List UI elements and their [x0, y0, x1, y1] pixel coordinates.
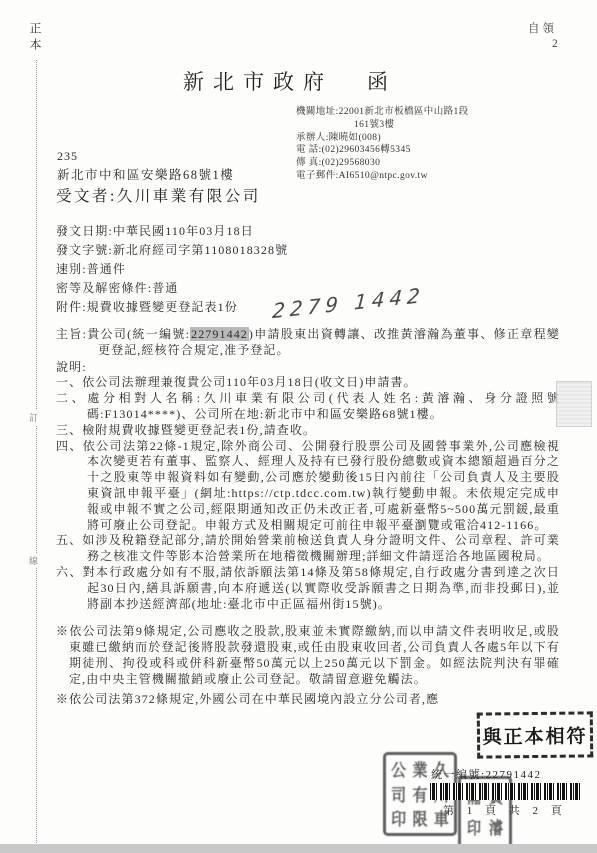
copy-type-label: 正本: [27, 22, 44, 54]
item-1-text: 依公司法辦理兼復貴公司110年03月18日(收文日)申請書。: [82, 375, 417, 389]
binding-dotted-line: [36, 60, 37, 853]
page-number-info: 第 1 頁 共 2 頁: [443, 802, 567, 818]
legal-note-1: ※依公司法第9條規定,公司應收之股款,股東並未實際繳納,而以申請文件表明收足,或…: [56, 624, 560, 687]
meta-priority: 速別:普通件: [56, 260, 560, 279]
agency-fax: 傳 真:(02)29568030: [296, 157, 469, 170]
document-type: 函: [367, 66, 388, 96]
explanation-label: 說明:: [56, 360, 560, 376]
recipient-zip: 235: [57, 149, 78, 164]
item-5-number: 五、: [56, 533, 82, 547]
subject-tax-id-highlighted: 22791442: [190, 327, 249, 341]
binding-mark-ding: 訂: [29, 410, 38, 425]
item-6-text: 對本行政處分如有不服,請依訴願法第14條及第58條規定,自行政處分書到達之次日起…: [83, 565, 560, 611]
explanation-item-1: 一、依公司法辦理兼復貴公司110年03月18日(收文日)申請書。: [56, 375, 560, 391]
legal-note-2: ※依公司法第372條規定,外國公司在中華民國境內設立分公司者,應: [56, 692, 560, 708]
item-1-number: 一、: [56, 375, 82, 389]
issuing-agency-name: 新北市政府: [183, 66, 333, 96]
item-3-text: 檢附規費收據暨變更登記表1份,請查收。: [82, 423, 316, 437]
item-2-text: 處分相對人名稱:久川車業有限公司(代表人姓名:黃濬瀚、身分證照號碼:F13014…: [87, 391, 560, 421]
barcode: [430, 783, 582, 800]
legal-notes: ※依公司法第9條規定,公司應收之股款,股東並未實際繳納,而以申請文件表明收足,或…: [56, 624, 560, 707]
item-4-number: 四、: [56, 439, 83, 453]
explanation-item-2: 二、處分相對人名稱:久川車業有限公司(代表人姓名:黃濬瀚、身分證照號碼:F130…: [56, 391, 560, 423]
recipient-line: 受文者:久川車業有限公司: [56, 184, 261, 206]
agency-phone: 電 話:(02)29603456轉5345: [296, 144, 469, 157]
explanation-item-4: 四、依公司法第22條-1規定,除外商公司、公開發行股票公司及國營事業外,公司應檢…: [56, 439, 560, 534]
explanation-item-6: 六、對本行政處分如有不服,請依訴願法第14條及第58條規定,自行政處分書到達之次…: [56, 565, 560, 612]
meta-doc-number: 發文字號:新北府經司字第1108018328號: [56, 241, 560, 260]
document-title: 新北市政府 函: [183, 66, 388, 96]
agency-address-line2: 161號3樓: [296, 119, 469, 132]
item-4-text: 依公司法第22條-1規定,除外商公司、公開發行股票公司及國營事業外,公司應檢視本…: [83, 439, 560, 532]
subject-paragraph: 主旨:貴公司(統一編號:22791442)申請股東出資轉讓、改推黃濬瀚為董事、修…: [56, 327, 560, 359]
meta-issue-date: 發文日期:中華民國110年03月18日: [56, 222, 560, 241]
recipient-address: 新北市中和區安樂路68號1樓: [57, 165, 234, 183]
pickup-method-label: 自領: [528, 20, 557, 36]
binding-mark-xian: 線: [29, 553, 38, 568]
scan-bottom-edge: [0, 844, 597, 853]
item-3-number: 三、: [56, 423, 82, 437]
explanation-item-3: 三、檢附規費收據暨變更登記表1份,請查收。: [56, 423, 560, 439]
item-2-number: 二、: [56, 391, 87, 405]
item-5-text: 如涉及稅籍登記部分,請於開始營業前檢送負責人身分證明文件、公司章程、許可業務之核…: [82, 533, 560, 563]
subject-pre: 主旨:貴公司(統一編號:: [56, 327, 190, 341]
company-seal-char: 限: [409, 804, 430, 832]
agency-email: 電子郵件:AI6510@ntpc.gov.tw: [296, 170, 469, 183]
agency-contact-block: 機關地址:22001新北市板橋區中山路1段 161號3樓 承辦人:陳曉如(008…: [296, 106, 469, 183]
footer-tax-id: 統一編號:22791442: [431, 766, 542, 782]
agency-contact-person: 承辦人:陳曉如(008): [296, 132, 469, 145]
scanned-official-letter: 訂 線 正本 自領 2 新北市政府 函 機關地址:22001新北市板橋區中山路1…: [0, 0, 597, 853]
explanation-item-5: 五、如涉及稅籍登記部分,請於開始營業前檢送負責人身分證明文件、公司章程、許可業務…: [56, 533, 560, 565]
company-seal-char: 印: [388, 804, 409, 832]
pickup-number: 2: [552, 38, 558, 50]
faint-registration-seal: [556, 381, 592, 427]
agency-address-line1: 機關地址:22001新北市板橋區中山路1段: [296, 106, 469, 119]
item-6-number: 六、: [56, 565, 83, 579]
certified-true-copy-stamp: 與正本相符: [477, 711, 593, 758]
